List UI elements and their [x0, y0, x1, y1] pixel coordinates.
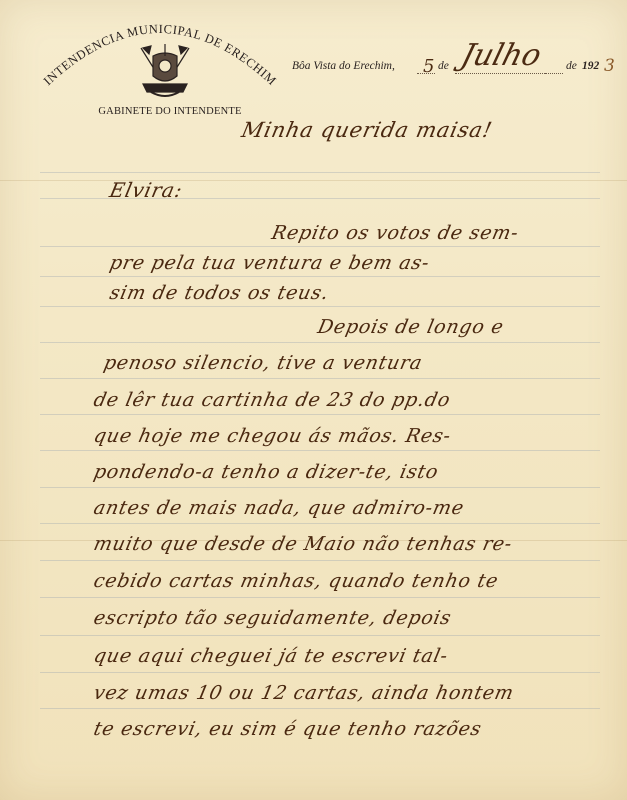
de-label-2: de — [566, 60, 577, 72]
month-value: Julho — [457, 38, 545, 73]
letter-line: que hoje me chegou ás mãos. Res- — [92, 425, 454, 447]
letter-line: Repito os votos de sem- — [270, 222, 521, 244]
letter-line: penoso silencio, tive a ventura — [102, 352, 425, 374]
letter-line: Depois de longo e — [316, 316, 506, 338]
ruled-line — [40, 306, 600, 307]
ruled-line — [40, 487, 600, 488]
de-label: de — [438, 60, 449, 72]
ruled-line — [40, 172, 600, 173]
ruled-line — [40, 672, 600, 673]
year-written: 3 — [604, 56, 615, 76]
ruled-line — [40, 246, 600, 247]
letter-line: te escrevi, eu sim é que tenho razões — [92, 718, 484, 740]
ruled-line — [40, 276, 600, 277]
letter-line: cebido cartas minhas, quando tenho te — [92, 570, 501, 592]
letter-line: que aqui cheguei já te escrevi tal- — [92, 645, 451, 667]
letter-line: pondendo-a tenho a dizer-te, isto — [92, 461, 441, 483]
ruled-line — [40, 523, 600, 524]
day-dotline — [417, 73, 435, 74]
cabinet-label: GABINETE DO INTENDENTE — [85, 106, 255, 117]
letter-page: INTENDENCIA MUNICIPAL DE ERECHIM GABINET… — [0, 0, 627, 800]
ruled-line — [40, 414, 600, 415]
coat-of-arms-icon — [135, 42, 195, 100]
dateline: Bôa Vista do Erechim, 5 de Julho de 192 … — [292, 60, 622, 90]
addressee: Elvira: — [107, 178, 185, 202]
letter-line: sim de todos os teus. — [108, 282, 331, 304]
month-dotline — [455, 73, 545, 74]
sep-dotline — [545, 73, 563, 74]
salutation: Minha querida maisa! — [239, 118, 494, 142]
ruled-line — [40, 342, 600, 343]
ruled-line — [40, 560, 600, 561]
letter-line: muito que desde de Maio não tenhas re- — [92, 533, 515, 555]
letterhead: INTENDENCIA MUNICIPAL DE ERECHIM GABINET… — [25, 2, 295, 122]
ruled-line — [40, 708, 600, 709]
letter-line: pre pela tua ventura e bem as- — [108, 252, 432, 274]
ruled-line — [40, 450, 600, 451]
ruled-line — [40, 597, 600, 598]
fold-line — [0, 180, 627, 181]
letter-line: vez umas 10 ou 12 cartas, ainda hontem — [92, 682, 516, 704]
letter-line: de lêr tua cartinha de 23 do pp.do — [92, 389, 453, 411]
ruled-line — [40, 378, 600, 379]
letter-line: antes de mais nada, que admiro-me — [92, 497, 467, 519]
year-printed: 192 — [582, 60, 599, 72]
place-label: Bôa Vista do Erechim, — [292, 60, 395, 72]
letter-line: escripto tão seguidamente, depois — [92, 607, 454, 629]
ruled-line — [40, 635, 600, 636]
